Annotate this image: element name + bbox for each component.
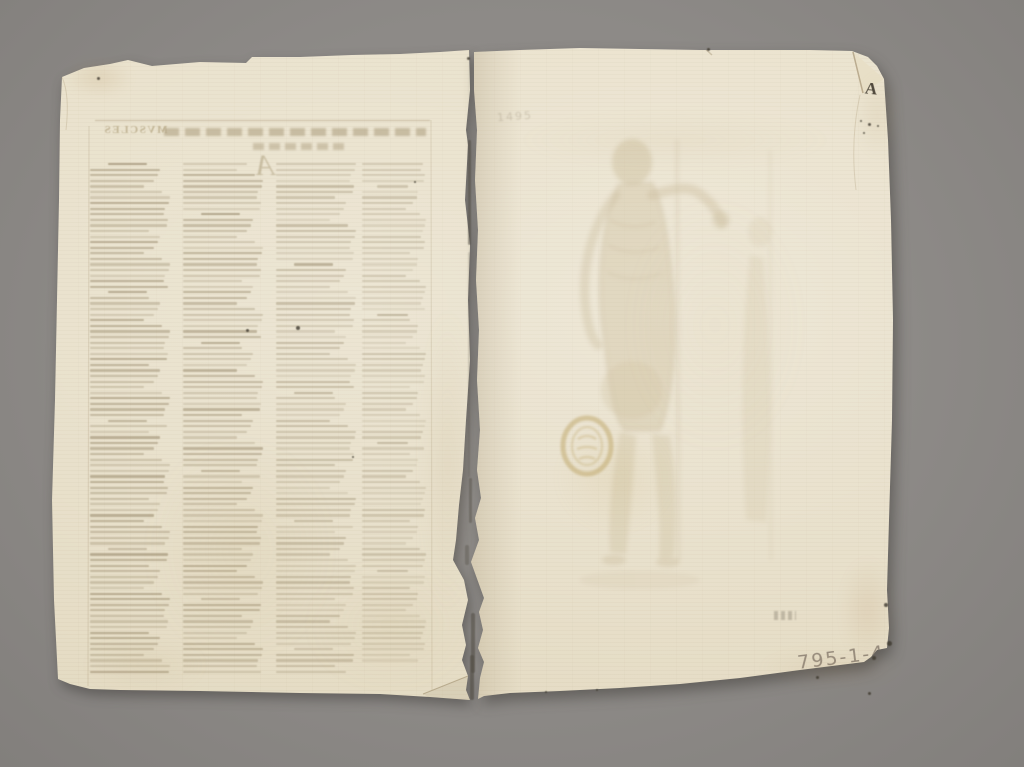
showthrough-line [362,403,413,405]
showthrough-line [108,291,147,293]
showthrough-line [183,403,261,405]
showthrough-line [276,431,356,433]
showthrough-line [90,275,165,277]
fold-tear-gap [468,140,471,245]
showthrough-line [90,392,162,394]
showthrough-line [362,520,410,522]
showthrough-line [276,408,344,410]
showthrough-line [276,297,356,299]
showthrough-line [276,258,353,260]
showthrough-line [362,330,417,332]
ink-speck [877,125,879,127]
showthrough-line [362,263,417,265]
showthrough-line [362,397,417,399]
showthrough-line [362,453,410,455]
showthrough-line [362,514,424,516]
showthrough-line [362,386,410,388]
showthrough-line [362,353,426,355]
showthrough-line [276,252,354,254]
showthrough-line [90,520,144,522]
showthrough-line [183,236,237,238]
showthrough-line [362,280,420,282]
showthrough-line [362,487,426,489]
ink-speck [872,656,876,660]
showthrough-line [362,392,418,394]
showthrough-line [276,163,356,165]
fold-tear-gap [465,545,469,565]
showthrough-line [183,202,261,204]
showthrough-line [276,381,350,383]
showthrough-line [276,241,351,243]
paper-stain [855,70,900,160]
showthrough-line [362,213,420,215]
showthrough-line [183,224,251,226]
paper-stain [755,648,905,688]
showthrough-line [90,247,154,249]
ink-speck [887,641,892,646]
ink-speck [868,123,871,126]
showthrough-line [90,280,164,282]
showthrough-line [362,420,426,422]
showthrough-line [90,314,154,316]
showthrough-line [276,330,335,332]
showthrough-drop-cap: A [256,149,274,183]
showthrough-line [90,375,158,377]
showthrough-line [362,369,421,371]
showthrough-line [90,196,170,198]
showthrough-line [90,475,165,477]
showthrough-line [90,436,160,438]
showthrough-line [90,403,169,405]
showthrough-line [362,498,423,500]
showthrough-line [90,453,144,455]
showthrough-line [90,191,162,193]
showthrough-line [362,481,420,483]
showthrough-line [362,286,426,288]
showthrough-line [276,336,346,338]
fold-tear-gap [469,478,472,523]
showthrough-line [90,626,167,628]
showthrough-line [90,397,170,399]
ink-speck [352,456,354,458]
showthrough-line [276,364,356,366]
showthrough-line [183,336,261,338]
showthrough-line [362,464,417,466]
showthrough-line [362,509,425,511]
paper-stain [510,110,840,170]
showthrough-line [276,314,350,316]
showthrough-line [276,174,351,176]
showthrough-line [362,258,418,260]
showthrough-line [362,241,425,243]
showthrough-line [276,208,344,210]
ink-speck [545,691,547,693]
showthrough-line [276,375,351,377]
showthrough-line [362,408,406,410]
showthrough-line [362,548,420,550]
showthrough-line [276,196,335,198]
ink-speck [296,326,300,330]
showthrough-line [362,224,425,226]
ink-speck [816,676,819,679]
ink-speck [97,77,100,80]
showthrough-line [362,236,421,238]
showthrough-line [90,464,170,466]
showthrough-line [90,414,164,416]
showthrough-line [183,163,247,165]
showthrough-line [276,202,346,204]
showthrough-line [90,620,168,622]
showthrough-line [276,180,350,182]
showthrough-line [90,236,160,238]
showthrough-line [183,425,251,427]
showthrough-line [90,364,149,366]
showthrough-line [183,219,253,221]
showthrough-line [362,163,423,165]
showthrough-line [90,336,169,338]
showthrough-line [276,169,355,171]
showthrough-line [276,224,348,226]
showthrough-line [90,297,149,299]
showthrough-line [276,308,351,310]
showthrough-line [183,386,262,388]
showthrough-line [294,263,333,265]
showthrough-line [183,286,253,288]
showthrough-line [183,408,260,410]
showthrough-line [90,286,168,288]
showthrough-line [183,375,255,377]
fold-tear-gap [470,655,474,700]
showthrough-line [183,258,258,260]
paper-stain [553,420,678,535]
showthrough-line [362,302,421,304]
ink-speck [884,603,888,607]
showthrough-line [90,213,164,215]
showthrough-line [183,241,255,243]
showthrough-line [183,252,262,254]
showthrough-line [90,481,164,483]
showthrough-line [276,369,355,371]
showthrough-line [201,342,240,344]
showthrough-line [362,425,425,427]
showthrough-line [90,386,144,388]
showthrough-line [276,230,356,232]
showthrough-line [362,531,417,533]
showthrough-line [362,358,425,360]
showthrough-line [362,537,413,539]
showthrough-line [362,319,410,321]
showthrough-line [276,319,354,321]
faint-pencil-inscription: 1495 [497,109,534,124]
showthrough-line [362,297,423,299]
showthrough-line [201,213,240,215]
showthrough-line [362,381,424,383]
showthrough-line [183,275,260,277]
showthrough-line [90,258,162,260]
showthrough-line [276,185,354,187]
showthrough-line [362,526,418,528]
showthrough-line [377,442,409,444]
showthrough-line [362,291,425,293]
ink-speck [414,181,416,183]
showthrough-line [90,347,164,349]
showthrough-line [183,269,261,271]
paper-stain [620,190,810,460]
showthrough-line [276,347,340,349]
showthrough-line [90,381,154,383]
ink-speck [467,57,470,60]
showthrough-line [90,353,168,355]
showthrough-line [276,353,330,355]
showthrough-line [362,247,424,249]
showthrough-line [362,169,421,171]
showthrough-line [90,241,158,243]
showthrough-title-line [164,128,426,136]
showthrough-line [90,615,164,617]
faint-pencil-scribble [774,611,796,620]
showthrough-line [90,169,160,171]
showthrough-line [90,180,154,182]
showthrough-line [276,219,330,221]
showthrough-line [183,174,255,176]
showthrough-line [276,236,355,238]
showthrough-title-fragment: MVSCLES [103,124,167,136]
showthrough-headrule [95,120,430,121]
showthrough-line [90,185,144,187]
showthrough-line [90,269,169,271]
showthrough-line [183,263,257,265]
showthrough-line [362,436,421,438]
ink-speck [863,132,865,134]
showthrough-line [276,286,330,288]
showthrough-line [377,185,409,187]
showthrough-line [362,252,410,254]
showthrough-line [90,498,149,500]
showthrough-line [362,475,406,477]
showthrough-line [362,219,426,221]
showthrough-line [183,230,247,232]
showthrough-line [183,369,237,371]
showthrough-line [362,202,413,204]
ink-speck [868,692,871,695]
showthrough-line [183,191,258,193]
showthrough-line [362,336,413,338]
showthrough-line [90,442,158,444]
showthrough-line [90,230,149,232]
showthrough-line [90,208,165,210]
showthrough-line [90,325,162,327]
showthrough-line [276,269,346,271]
showthrough-line [108,420,147,422]
showthrough-line [90,330,170,332]
showthrough-line [362,196,417,198]
showthrough-line [90,431,149,433]
showthrough-line [362,342,406,344]
showthrough-line [276,325,353,327]
showthrough-line [90,263,170,265]
showthrough-line [90,302,160,304]
showthrough-line [90,308,158,310]
showthrough-line [183,291,251,293]
showthrough-line [90,369,160,371]
showthrough-line [90,252,144,254]
showthrough-line [90,358,167,360]
showthrough-line [90,632,149,634]
showthrough-line [183,196,257,198]
paper-stain [80,635,210,695]
showthrough-line [362,542,406,544]
showthrough-line [276,275,344,277]
showthrough-line [183,314,263,316]
showthrough-line [276,386,354,388]
showthrough-line [362,459,418,461]
showthrough-line [90,425,167,427]
fold-tear-gap [468,252,470,477]
showthrough-line [183,347,242,349]
showthrough-line [90,342,165,344]
showthrough-line [183,302,237,304]
showthrough-line [362,431,423,433]
showthrough-line [362,492,425,494]
showthrough-line [276,191,353,193]
showthrough-line [183,308,255,310]
showthrough-line [90,224,167,226]
showthrough-line [377,314,409,316]
showthrough-line [183,325,258,327]
paper-stain [300,555,480,695]
showthrough-line [362,275,406,277]
showthrough-line [183,364,247,366]
showthrough-line [362,230,423,232]
showthrough-line [90,202,169,204]
showthrough-line [183,280,242,282]
showthrough-line [362,470,413,472]
showthrough-line [183,397,257,399]
showthrough-line [362,447,424,449]
showthrough-line [362,347,420,349]
showthrough-line [276,358,348,360]
showthrough-line [276,436,355,438]
showthrough-line [276,247,350,249]
showthrough-line [276,302,355,304]
ink-speck [246,329,249,332]
showthrough-line [183,297,247,299]
showthrough-line [276,414,340,416]
showthrough-line [276,280,340,282]
showthrough-line [362,174,425,176]
showthrough-line [362,364,423,366]
showthrough-line [90,459,162,461]
showthrough-line [276,425,348,427]
showthrough-line [362,325,418,327]
showthrough-line [276,213,340,215]
showthrough-line [362,414,420,416]
ink-speck [596,689,598,691]
showthrough-line [362,308,425,310]
showthrough-line [362,208,406,210]
showthrough-line [183,319,262,321]
showthrough-line [276,403,346,405]
showthrough-line [90,408,165,410]
showthrough-line [183,208,260,210]
ink-speck [860,120,862,122]
showthrough-line [183,381,263,383]
showthrough-line [362,269,413,271]
showthrough-line [183,353,253,355]
ink-speck [707,48,710,51]
showthrough-line [362,191,418,193]
showthrough-line [90,219,168,221]
showthrough-line [276,342,344,344]
showthrough-line [183,414,242,416]
showthrough-line [90,447,154,449]
photograph-background: MVSCLES A [0,0,1024,767]
showthrough-line [183,180,263,182]
showthrough-line [362,375,425,377]
showthrough-line [276,397,335,399]
showthrough-line [362,503,421,505]
showthrough-line [90,174,158,176]
showthrough-line [183,247,263,249]
showthrough-line [90,470,169,472]
showthrough-line [183,358,251,360]
showthrough-line [90,319,144,321]
showthrough-line [183,185,262,187]
showthrough-line [294,392,333,394]
showthrough-line [276,291,348,293]
showthrough-line [108,163,147,165]
showthrough-line [183,392,258,394]
showthrough-subtitle-line [253,143,349,150]
showthrough-line [183,420,253,422]
showthrough-line [276,420,330,422]
showthrough-line [90,587,144,589]
showthrough-line [183,169,237,171]
